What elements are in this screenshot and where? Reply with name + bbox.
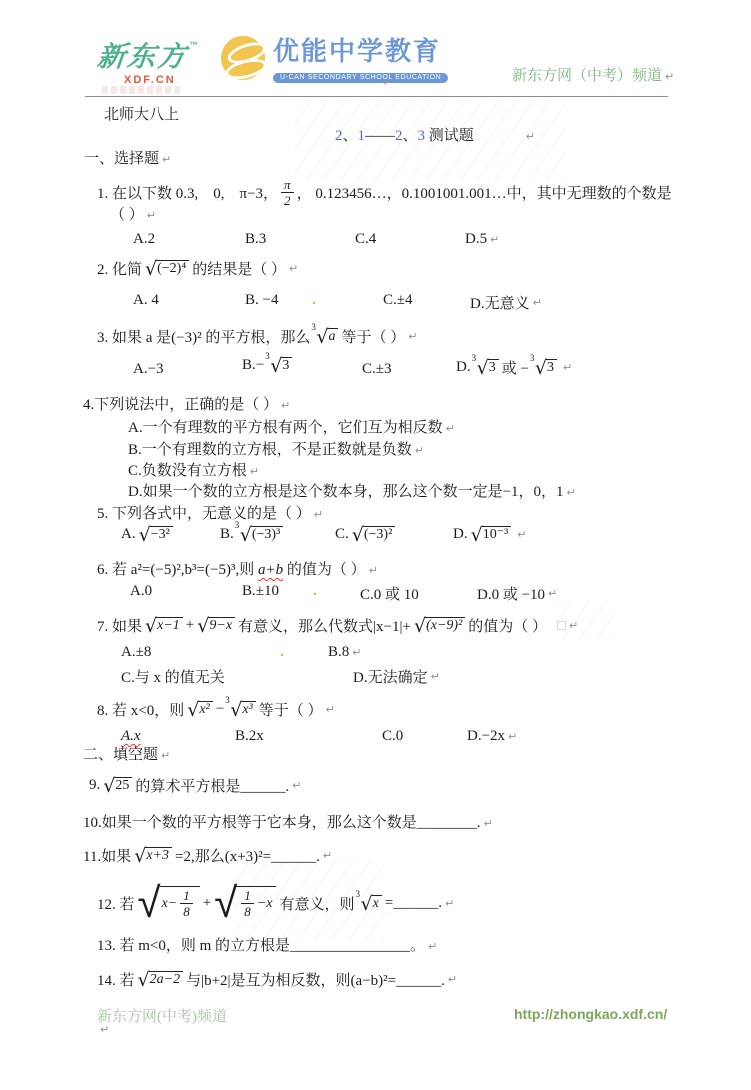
paragraph-mark: ↵ [326,703,335,716]
xdf-cn-label: XDF.CN [124,74,197,86]
ucan-logo-title: 优能中学教育 [273,36,448,66]
question-3-options: A.−3 B.−3√3 C.±3 D.3√3 或 −3√3↵ [85,357,685,385]
footer-url-link[interactable]: http://zhongkao.xdf.cn/ [514,1006,667,1022]
xdf-logo-text: 新东方™ [96,30,199,72]
question-13: 13. 若 m<0，则 m 的立方根是________________。↵ [97,936,437,957]
header-rule [85,96,668,97]
whitespace-mark [557,621,566,630]
question-1: 1. 在以下数 0.3, 0, π−3， π2 ， 0.123456…，0.10… [97,169,672,215]
option-c: C.0 [382,728,403,745]
question-1-options: A.2 B.3 C.4 D.5↵ [85,231,685,253]
sqrt-expression: √9−x [197,617,235,634]
question-4-option-d: D.如果一个数的立方根是这个数本身，那么这个数一定是−1，0，1↵ [128,482,576,503]
paragraph-mark: ↵ [548,587,557,600]
question-1-answer-parens: （ ）↵ [110,205,156,226]
question-10: 10.如果一个数的平方根等于它本身，那么这个数是________.↵ [83,813,493,834]
option-c: C.±3 [362,361,392,378]
option-c: C.4 [355,231,376,248]
question-7: 7. 如果 √x−1 + √9−x 有意义，那么代数式|x−1|+ √(x−9)… [97,607,578,643]
paragraph-mark: ↵ [567,486,576,499]
option-a: A.x [121,728,141,745]
paragraph-mark: ↵ [383,76,392,89]
xdf-logo: 新东方™ XDF.CN [98,30,197,94]
option-b: B.3 [245,231,266,248]
paragraph-mark: ↵ [161,749,170,762]
option-c: C.与 x 的值无关 [121,666,225,687]
ucan-logo-subtitle: U-CAN SECONDARY SCHOOL EDUCATION [273,73,448,83]
option-a: A. 4 [133,292,159,309]
paragraph-mark: ↵ [526,130,535,143]
paragraph-mark: ↵ [162,153,171,166]
paragraph-mark: ↵ [533,296,542,309]
ucan-badge-icon [221,36,265,80]
paragraph-mark: ↵ [665,70,674,83]
sqrt-expression: √(x−9)² [414,617,465,634]
document-page: { "colors": { "xdf_logo_green": "#4fb08c… [0,0,751,1090]
question-2-options: A. 4 B. −4 . C.±4 D.无意义↵ [85,292,685,314]
question-4-option-c: C.负数没有立方根↵ [128,461,259,482]
paragraph-mark: ↵ [250,465,259,478]
paragraph-mark: ↵ [147,209,156,222]
option-c: C.±4 [383,292,413,309]
paragraph-mark: ↵ [352,646,361,659]
option-b: B. −4 [245,292,278,309]
sqrt-expression: √(−2)⁴ [145,260,189,277]
doc-title: 2、1——2、3 测试题↵ [335,126,535,147]
sqrt-expression: √x² [187,701,213,718]
book-label: 北师大八上 [104,105,179,125]
paragraph-mark: ↵ [289,262,298,275]
option-d: D.−2x↵ [467,728,517,745]
option-a: A.√−3² [121,526,176,543]
option-a: A.0 [130,583,152,600]
option-d: D.0 或 −10↵ [477,583,557,604]
section-choice-heading: 一、选择题↵ [84,149,171,170]
question-5: 5. 下列各式中，无意义的是（ ）↵ [97,504,323,525]
option-b: B.3√(−3)³ [220,526,286,543]
question-14: 14. 若 √2a−2 与|b+2|是互为相反数，则(a−b)²=______.… [97,964,457,994]
question-11: 11.如果 √x+3 =2,那么(x+3)²=______. ↵ [83,840,332,870]
sqrt-expression: √2a−2 [138,971,184,988]
section-blank-heading: 二、填空题↵ [83,745,170,766]
question-4-option-a: A.一个有理数的平方根有两个，它们互为相反数↵ [128,418,455,439]
question-6: 6. 若 a²=(−5)²,b³=(−5)³,则 a+b 的值为（ ）↵ [97,560,378,581]
question-4-option-b: B.一个有理数的立方根，不是正数就是负数↵ [128,440,424,461]
paragraph-mark: ↵ [445,897,454,910]
option-a: A.2 [133,231,155,248]
question-4: 4.下列说法中，正确的是（ ）↵ [83,395,290,416]
fraction-pi-over-2: π2 [281,177,294,208]
question-6-options: A.0 B.±10 . C.0 或 10 D.0 或 −10↵ [85,583,685,605]
paragraph-mark: ↵ [292,779,301,792]
question-12: 12. 若 √x−18 + √18−x 有意义，则 3√x =______. ↵ [97,876,454,930]
paragraph-mark: ↵ [408,330,417,343]
paragraph-mark: ↵ [369,564,378,577]
option-a: A.−3 [133,361,164,378]
paragraph-mark: ↵ [100,1023,109,1036]
question-2: 2. 化简 √(−2)⁴ 的结果是（ ） ↵ [97,253,298,283]
question-9: 9. √25 的算术平方根是______. ↵ [89,771,301,799]
trademark-mark: ™ [188,40,198,50]
question-8: 8. 若 x<0，则 √x² − 3√x³ 等于（ ） ↵ [97,693,335,725]
spellcheck-dot: . [312,292,316,309]
option-d: D.5↵ [465,231,499,248]
spellcheck-dot: . [313,583,317,600]
question-8-options: A.x B.2x C.0 D.−2x↵ [85,728,685,750]
sqrt-expression: √x−1 [145,617,183,634]
option-d: D.无法确定↵ [353,666,440,687]
option-b: B.8↵ [328,644,361,661]
sqrt-expression: √x−18 [138,886,200,920]
site-channel-label: 新东方网（中考）频道↵ [512,64,674,85]
paragraph-mark: ↵ [569,619,578,632]
paragraph-mark: ↵ [428,940,437,953]
paragraph-mark: ↵ [508,730,517,743]
question-7-options-row2: C.与 x 的值无关 D.无法确定↵ [85,666,685,688]
xdf-logo-pattern [102,86,180,94]
option-b: B.2x [235,728,264,745]
cbrt-expression: 3√x [357,895,381,912]
question-7-options-row1: A.±8 . B.8↵ [85,644,685,666]
spellcheck-wavy-text: a+b [258,562,283,578]
question-5-options: A.√−3² B.3√(−3)³ C.√(−3)² D.√10⁻³↵ [85,526,685,558]
paragraph-mark: ↵ [281,399,290,412]
paragraph-mark: ↵ [323,849,332,862]
sqrt-expression: √25 [103,777,132,794]
footer-channel-label: 新东方网(中考)频道 [97,1005,227,1026]
sqrt-expression: √x+3 [134,847,172,864]
sqrt-expression: √18−x [214,886,276,920]
paragraph-mark: ↵ [563,361,572,374]
question-3: 3. 如果 a 是(−3)² 的平方根，那么 3√a 等于（ ） ↵ [97,321,417,351]
ucan-logo: 优能中学教育 U-CAN SECONDARY SCHOOL EDUCATION [221,36,448,84]
paragraph-mark: ↵ [517,528,526,541]
paragraph-mark: ↵ [484,817,493,830]
cbrt-expression: 3√a [313,328,338,345]
option-d: D.3√3 或 −3√3↵ [456,357,572,378]
paragraph-mark: ↵ [415,444,424,457]
paragraph-mark: ↵ [446,422,455,435]
option-d: D.无意义↵ [470,292,542,313]
paragraph-mark: ↵ [314,508,323,521]
paragraph-mark: ↵ [448,973,457,986]
spellcheck-dot: . [280,644,284,661]
option-c: C.0 或 10 [360,583,419,604]
cbrt-expression: 3√x³ [227,701,256,718]
option-c: C.√(−3)² [335,526,398,543]
paragraph-mark: ↵ [431,670,440,683]
paragraph-mark: ↵ [490,233,499,246]
option-d: D.√10⁻³↵ [453,526,527,543]
option-a: A.±8 [121,644,151,661]
option-b: B.−3√3 [242,357,295,374]
option-b: B.±10 [242,583,279,600]
